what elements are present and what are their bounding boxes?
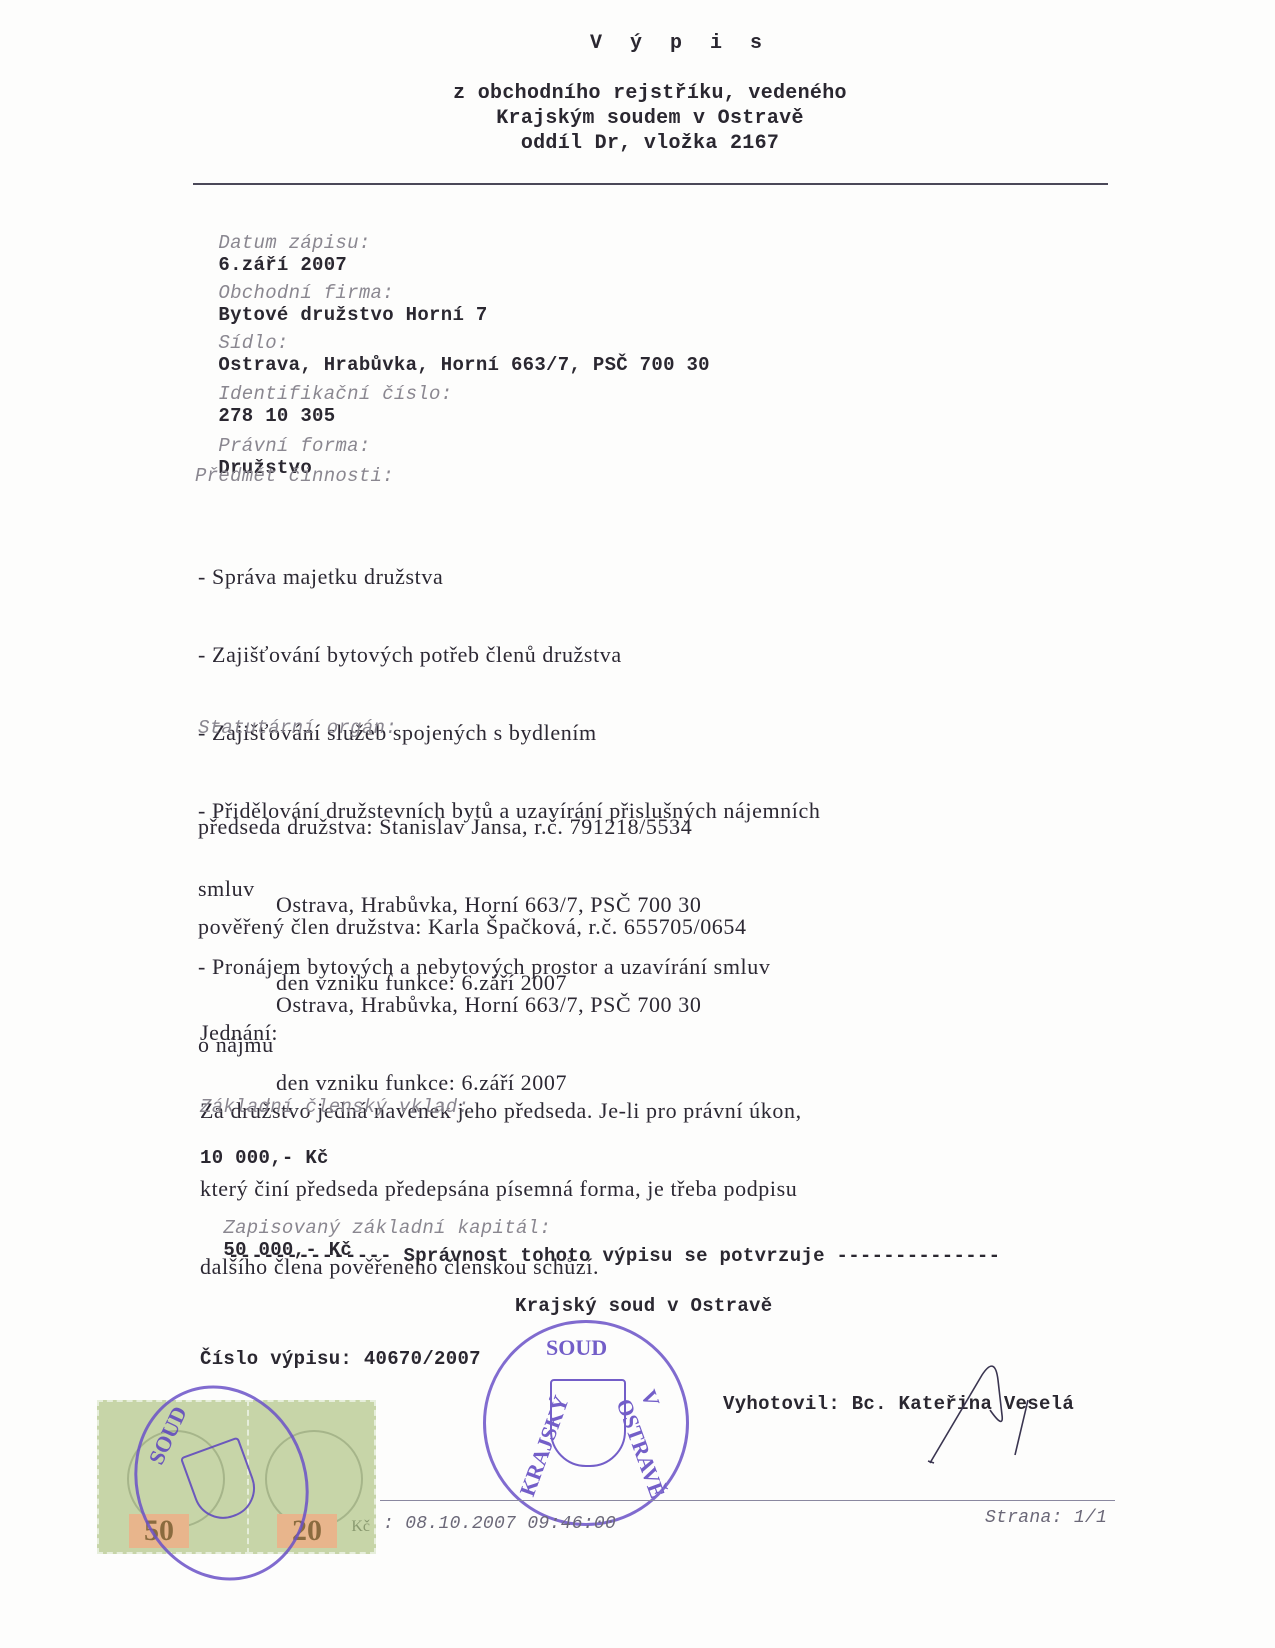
sidlo-label: Sídlo: [218, 332, 288, 354]
document-title: V ý p i s [590, 32, 770, 55]
jednani-label: Jednání: [200, 1020, 802, 1046]
court-name: Krajský soud v Ostravě [515, 1295, 772, 1317]
court-seal-left: SOUD [107, 1361, 335, 1606]
forma-label: Právní forma: [218, 435, 370, 457]
coat-of-arms-icon [550, 1379, 626, 1467]
kapital-label: Zapisovaný základní kapitál: [223, 1217, 551, 1239]
header-line-registry: z obchodního rejstříku, vedeného [350, 82, 950, 105]
seal-text: SOUD [546, 1335, 607, 1361]
vklad-value: 10 000,- Kč [200, 1147, 329, 1169]
predseda-line: předseda družstva: Stanislav Jansa, r.č.… [198, 814, 701, 840]
header-line-court: Krajským soudem v Ostravě [350, 107, 950, 130]
datum-label: Datum zápisu: [218, 232, 370, 254]
cislo-vypisu: Číslo výpisu: 40670/2007 [200, 1348, 481, 1370]
footer-divider [380, 1500, 1115, 1501]
predmet-label: Předmět činnosti: [195, 465, 394, 487]
header-divider [193, 183, 1108, 185]
coat-of-arms-icon [180, 1437, 264, 1528]
revenue-stamp-currency: Kč [351, 1518, 370, 1536]
signature-icon [920, 1355, 1060, 1475]
header-line-section: oddíl Dr, vložka 2167 [350, 132, 950, 155]
footer-timestamp: : 08.10.2007 09:46:00 [383, 1514, 616, 1534]
firma-label: Obchodní firma: [218, 282, 394, 304]
ico-label: Identifikační číslo: [218, 383, 452, 405]
clen-line: pověřený člen družstva: Karla Špačková, … [198, 914, 747, 940]
footer-page: Strana: 1/1 [985, 1508, 1107, 1528]
confirmation-line: -------------- Správnost tohoto výpisu s… [228, 1245, 1000, 1267]
vklad-label: Základní členský vklad: [200, 1096, 469, 1118]
court-seal-center: SOUD KRAJSKÝ V OSTRAVĚ [483, 1320, 689, 1526]
statutarni-label: Statutární orgán: [198, 717, 397, 739]
list-item: - Zajišťování bytových potřeb členů druž… [198, 642, 820, 668]
list-item: - Správa majetku družstva [198, 564, 820, 590]
